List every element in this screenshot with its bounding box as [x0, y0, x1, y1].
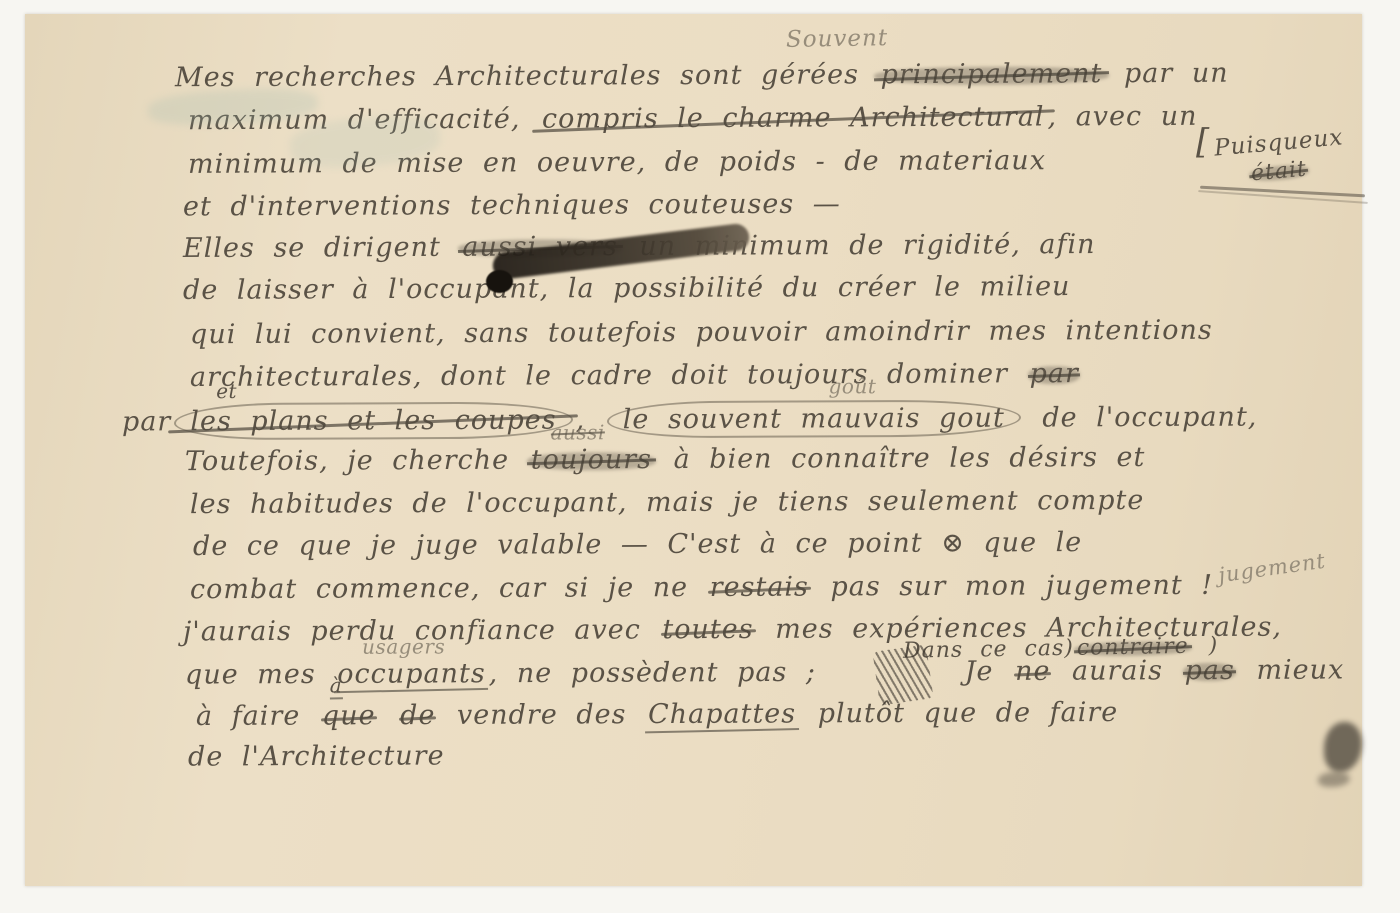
text-segment: et d'interventions techniques couteuses … [183, 189, 841, 223]
text-segment: à bien connaître les désirs et [655, 442, 1145, 475]
text-segment: le souvent mauvais goutgoût [607, 400, 1021, 439]
annotation-souvent: Souvent [786, 25, 889, 53]
text-segment: que le [965, 527, 1083, 559]
text-segment: toujoursaussi [531, 444, 652, 476]
hatch-artifact [873, 645, 934, 706]
manuscript-line: et d'interventions techniques couteuses … [183, 189, 841, 223]
text-segment [378, 700, 397, 731]
text-segment: pas sur mon jugement ! [812, 570, 1213, 603]
manuscript-line: que mes occupantsusagers, ne possèdent p… [185, 654, 1344, 690]
manuscript-line: à faire queà de vendre des Chapattes plu… [196, 697, 1118, 732]
manuscript-line: était [1247, 156, 1311, 186]
manuscript-line: Toutefois, je cherche toujoursaussi à bi… [185, 442, 1145, 477]
text-segment: ne [1015, 656, 1051, 687]
text-segment: Je [965, 656, 1013, 687]
annotation-jugement: jugement [1217, 549, 1328, 588]
manuscript-line: Puisqueux [1213, 124, 1344, 161]
text-segment: compris le charme Architectural [542, 101, 1045, 134]
text-segment: les habitudes de l'occupant, mais je tie… [190, 485, 1144, 520]
text-segment: de laisser à l'occupant, la possibilité … [183, 271, 1071, 306]
manuscript-line: jugement [1217, 549, 1328, 588]
text-segment: aurais [1053, 655, 1181, 687]
text-segment: de ce que je juge valable — C'est à ce p… [193, 528, 941, 562]
manuscript-line: Souvent [786, 25, 889, 53]
manuscript-overlay: SouventMes recherches Architecturales so… [0, 0, 1400, 913]
text-segment: toutes [662, 614, 753, 645]
text-segment: mieux [1238, 654, 1345, 685]
text-segment: Chapattes [648, 698, 796, 730]
manuscript-line: [ [1196, 122, 1210, 162]
text-segment: architecturales, dont le cadre doit touj… [190, 358, 1027, 393]
crossed-mark: ⊗ [941, 528, 965, 559]
text-segment: plutôt que de faire [799, 697, 1118, 729]
text-segment: par [122, 406, 171, 437]
text-segment: vendre des [438, 699, 645, 731]
text-segment: Elles se dirigent [183, 232, 459, 264]
text-segment: de l'Architecture [188, 740, 445, 772]
text-segment: à faire [196, 700, 319, 732]
text-segment: de l'occupant, [1024, 402, 1258, 434]
margin-note: Puisqueux [1213, 124, 1344, 161]
manuscript-line: qui lui convient, sans toutefois pouvoir… [190, 315, 1213, 350]
text-segment: de [400, 700, 435, 731]
ink-dot-artifact [486, 270, 513, 293]
manuscript-line: architecturales, dont le cadre doit touj… [190, 358, 1082, 393]
smudge-artifact [1318, 772, 1350, 787]
text-segment: , avec un [1047, 101, 1197, 133]
annotation-above: à [330, 673, 343, 697]
manuscript-line: les habitudes de l'occupant, mais je tie… [190, 485, 1144, 520]
text-segment: Toutefois, je cherche [185, 445, 528, 477]
text-segment: par un [1105, 58, 1228, 90]
manuscript-line: combat commence, car si je ne restais pa… [190, 570, 1213, 605]
text-segment: pas [1185, 655, 1235, 686]
manuscript-line: de l'Architecture [188, 740, 445, 772]
margin-bracket: [ [1196, 122, 1210, 162]
manuscript-line: Mes recherches Architecturales sont géré… [175, 58, 1229, 94]
text-segment: par [1030, 358, 1079, 389]
annotation-above: usagers [362, 634, 445, 658]
manuscript-line: parles plans et les coupeset, le souvent… [122, 399, 1257, 441]
text-segment: les plans et les coupeset [174, 402, 572, 441]
annotation-above: et [216, 379, 237, 403]
text-segment: qui lui convient, sans toutefois pouvoir… [190, 315, 1213, 350]
annotation-above: goût [829, 374, 877, 398]
smudge-artifact [1324, 722, 1362, 772]
text-segment: que mes [185, 659, 334, 691]
text-segment: queà [322, 700, 376, 731]
text-segment: combat commence, car si je ne [190, 572, 707, 605]
text-segment: occupantsusagers [337, 658, 486, 690]
text-segment: principalement [881, 58, 1103, 90]
annotation-above: aussi [551, 420, 605, 444]
margin-note-struck: était [1250, 157, 1308, 187]
text-segment: restais [710, 572, 809, 603]
manuscript-line: de ce que je juge valable — C'est à ce p… [193, 527, 1082, 562]
manuscript-line: de laisser à l'occupant, la possibilité … [183, 271, 1071, 306]
